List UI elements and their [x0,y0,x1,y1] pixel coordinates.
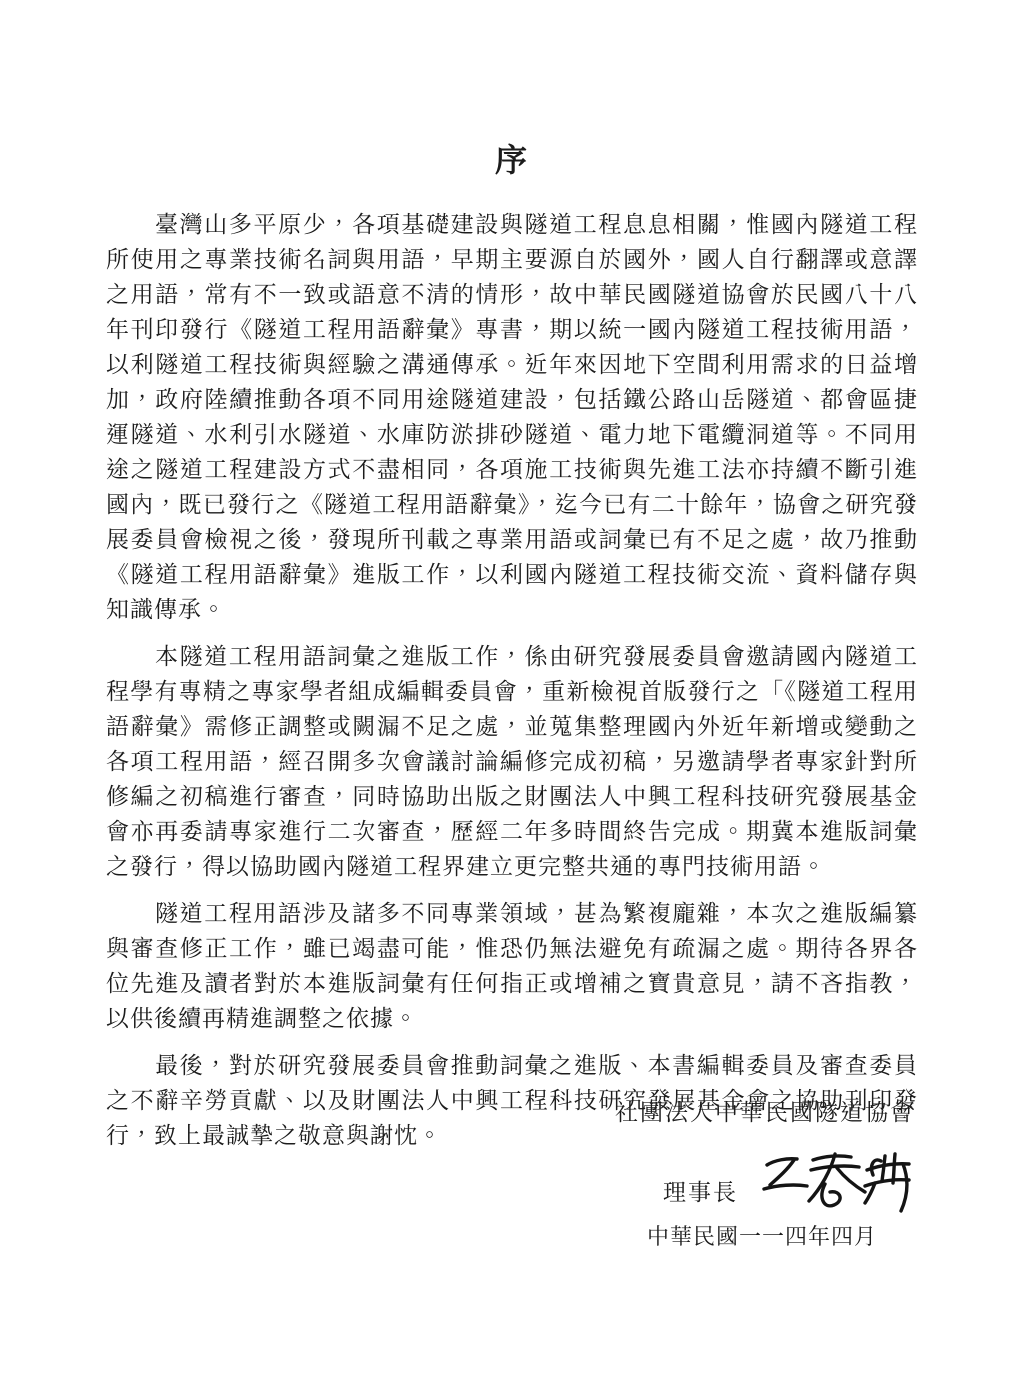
handwritten-signature [760,1148,912,1218]
body-paragraph-1: 臺灣山多平原少，各項基礎建設與隧道工程息息相關，惟國內隧道工程所使用之專業技術名… [106,208,918,628]
signature-date: 中華民國一一四年四月 [647,1220,877,1251]
signature-organization: 社團法人中華民國隧道協會 [615,1094,915,1127]
page-title: 序 [106,142,918,178]
signer-title-label: 理事長 [663,1160,738,1207]
signature-row: 理事長 [663,1148,912,1218]
preface-page: 序 臺灣山多平原少，各項基礎建設與隧道工程息息相關，惟國內隧道工程所使用之專業技… [0,0,1024,1400]
body-paragraph-2: 本隧道工程用語詞彙之進版工作，係由研究發展委員會邀請國內隧道工程學有專精之專家學… [106,640,918,885]
body-paragraph-3: 隧道工程用語涉及諸多不同專業領域，甚為繁複龐雜，本次之進版編纂與審查修正工作，雖… [106,897,918,1037]
preface-content: 序 臺灣山多平原少，各項基礎建設與隧道工程息息相關，惟國內隧道工程所使用之專業技… [106,142,918,1154]
